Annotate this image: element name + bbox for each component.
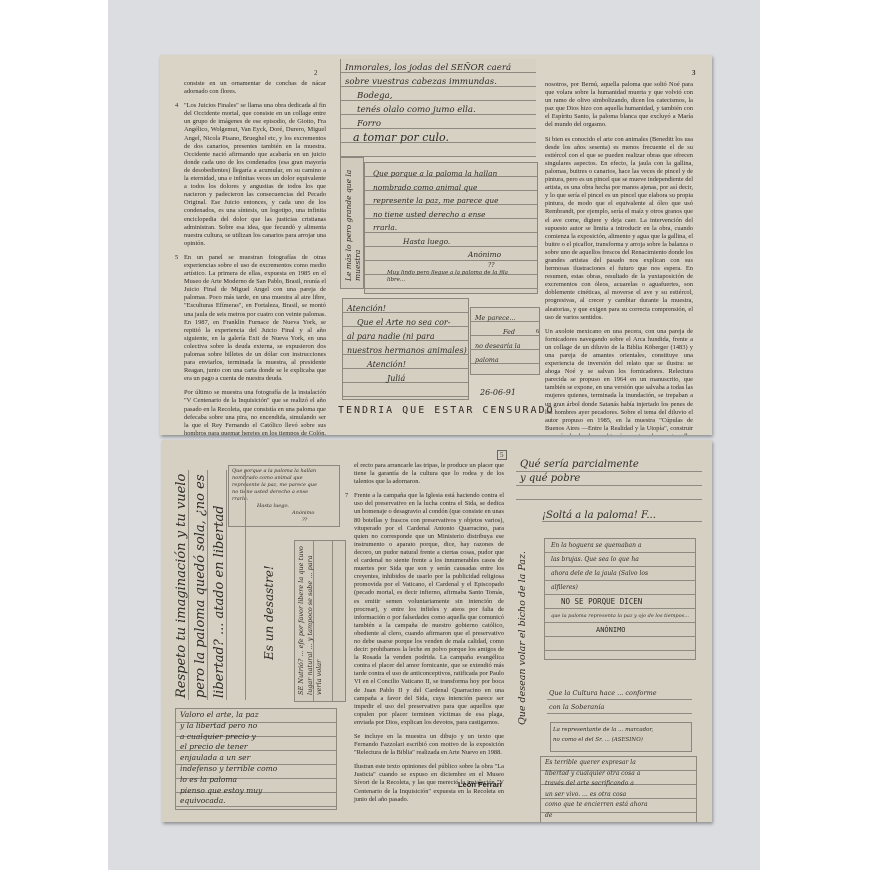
center-article-column: el recto para arrancarle las tripas, le …: [354, 462, 504, 810]
page-number-2: 2: [314, 69, 318, 77]
left-article-column: consiste en un ornamentar de conchas de …: [184, 80, 326, 435]
handwritten-note-paloma: Que porque a la paloma la hallan nombrad…: [364, 162, 538, 294]
article-center-lead: el recto para arrancarle las tripas, le …: [354, 462, 504, 486]
article-paragraph-5: 5 En un panel se muestran fotografías de…: [184, 254, 326, 384]
note-insult-text: Inmorales, los jodas del SEÑOR caerá sob…: [345, 61, 511, 145]
vertical-desastre: Es un desastre!: [262, 550, 276, 660]
vertical-handwritten-strip: Le más lo pero grande que la muestra: [340, 157, 364, 289]
top-newspaper-sheet: 2 consiste en un ornamentar de conchas d…: [160, 55, 712, 435]
article-paragraph-last: Por último se muestra una fotografía de …: [184, 389, 326, 435]
handwritten-top-right: Qué sería parcialmente y qué pobre: [516, 458, 702, 500]
page-number-5: 5: [497, 450, 507, 460]
handwritten-note-cultura: Que la Cultura hace ... conforme con la …: [547, 686, 692, 716]
article-paragraph-6: 6 Un axolote mexicano en una pecera, con…: [545, 328, 693, 435]
handwritten-note-hoguera: En la hoguera se quemaban a las brujas. …: [544, 538, 696, 660]
article-paragraph-8: Se incluye en la muestra un dibujo y un …: [354, 733, 504, 757]
censura-caption: TENDRIA QUE ESTAR CENSURADO: [338, 405, 555, 416]
handwritten-note-me-parece: Me parece... Fed no desearía la paloma: [470, 307, 540, 375]
vertical-pasted-note: SE Nutrió? ... efe por favor libere la q…: [294, 540, 346, 702]
article-right-lead: nosotros, por Bernú, aquella paloma que …: [545, 81, 693, 130]
article-paragraph-4: 4 "Los Juicios Finales" se llama una obr…: [184, 102, 326, 248]
bottom-newspaper-sheet: Que porque a la paloma la hallan nombrad…: [162, 440, 712, 822]
vertical-bicho-paz: Que desean volar el bicho de la Paz.: [517, 535, 528, 725]
note-date: 26-06-91: [480, 388, 516, 397]
article-lead-text: consiste en un ornamentar de conchas de …: [184, 80, 326, 96]
article-right-paragraph: Si bien es conocido el arte con animales…: [545, 136, 693, 322]
article-paragraph-7: 7 Frente a la campaña que la Iglesia est…: [354, 492, 504, 727]
handwritten-note-atencion: Atención! Que el Arte no sea cor- al par…: [342, 298, 469, 400]
page-number-3: 3: [692, 69, 696, 77]
vertical-lined-area: Respeto tu imaginación y tu vuelo pero l…: [170, 470, 248, 700]
handwritten-note-insult: Inmorales, los jodas del SEÑOR caerá sob…: [340, 59, 536, 157]
right-article-column: nosotros, por Bernú, aquella paloma que …: [545, 81, 693, 435]
handwritten-solta-paloma: ¡Soltá a la paloma! F...: [542, 510, 702, 522]
handwritten-note-representante: La representante de la ... marcador, no …: [550, 722, 692, 752]
handwritten-note-valoro: Valoro el arte, la paz y la libertad per…: [175, 708, 337, 810]
author-signature: León Ferrari: [458, 780, 502, 789]
handwritten-note-terrible: Es terrible querer expresar la libertad …: [540, 756, 697, 822]
